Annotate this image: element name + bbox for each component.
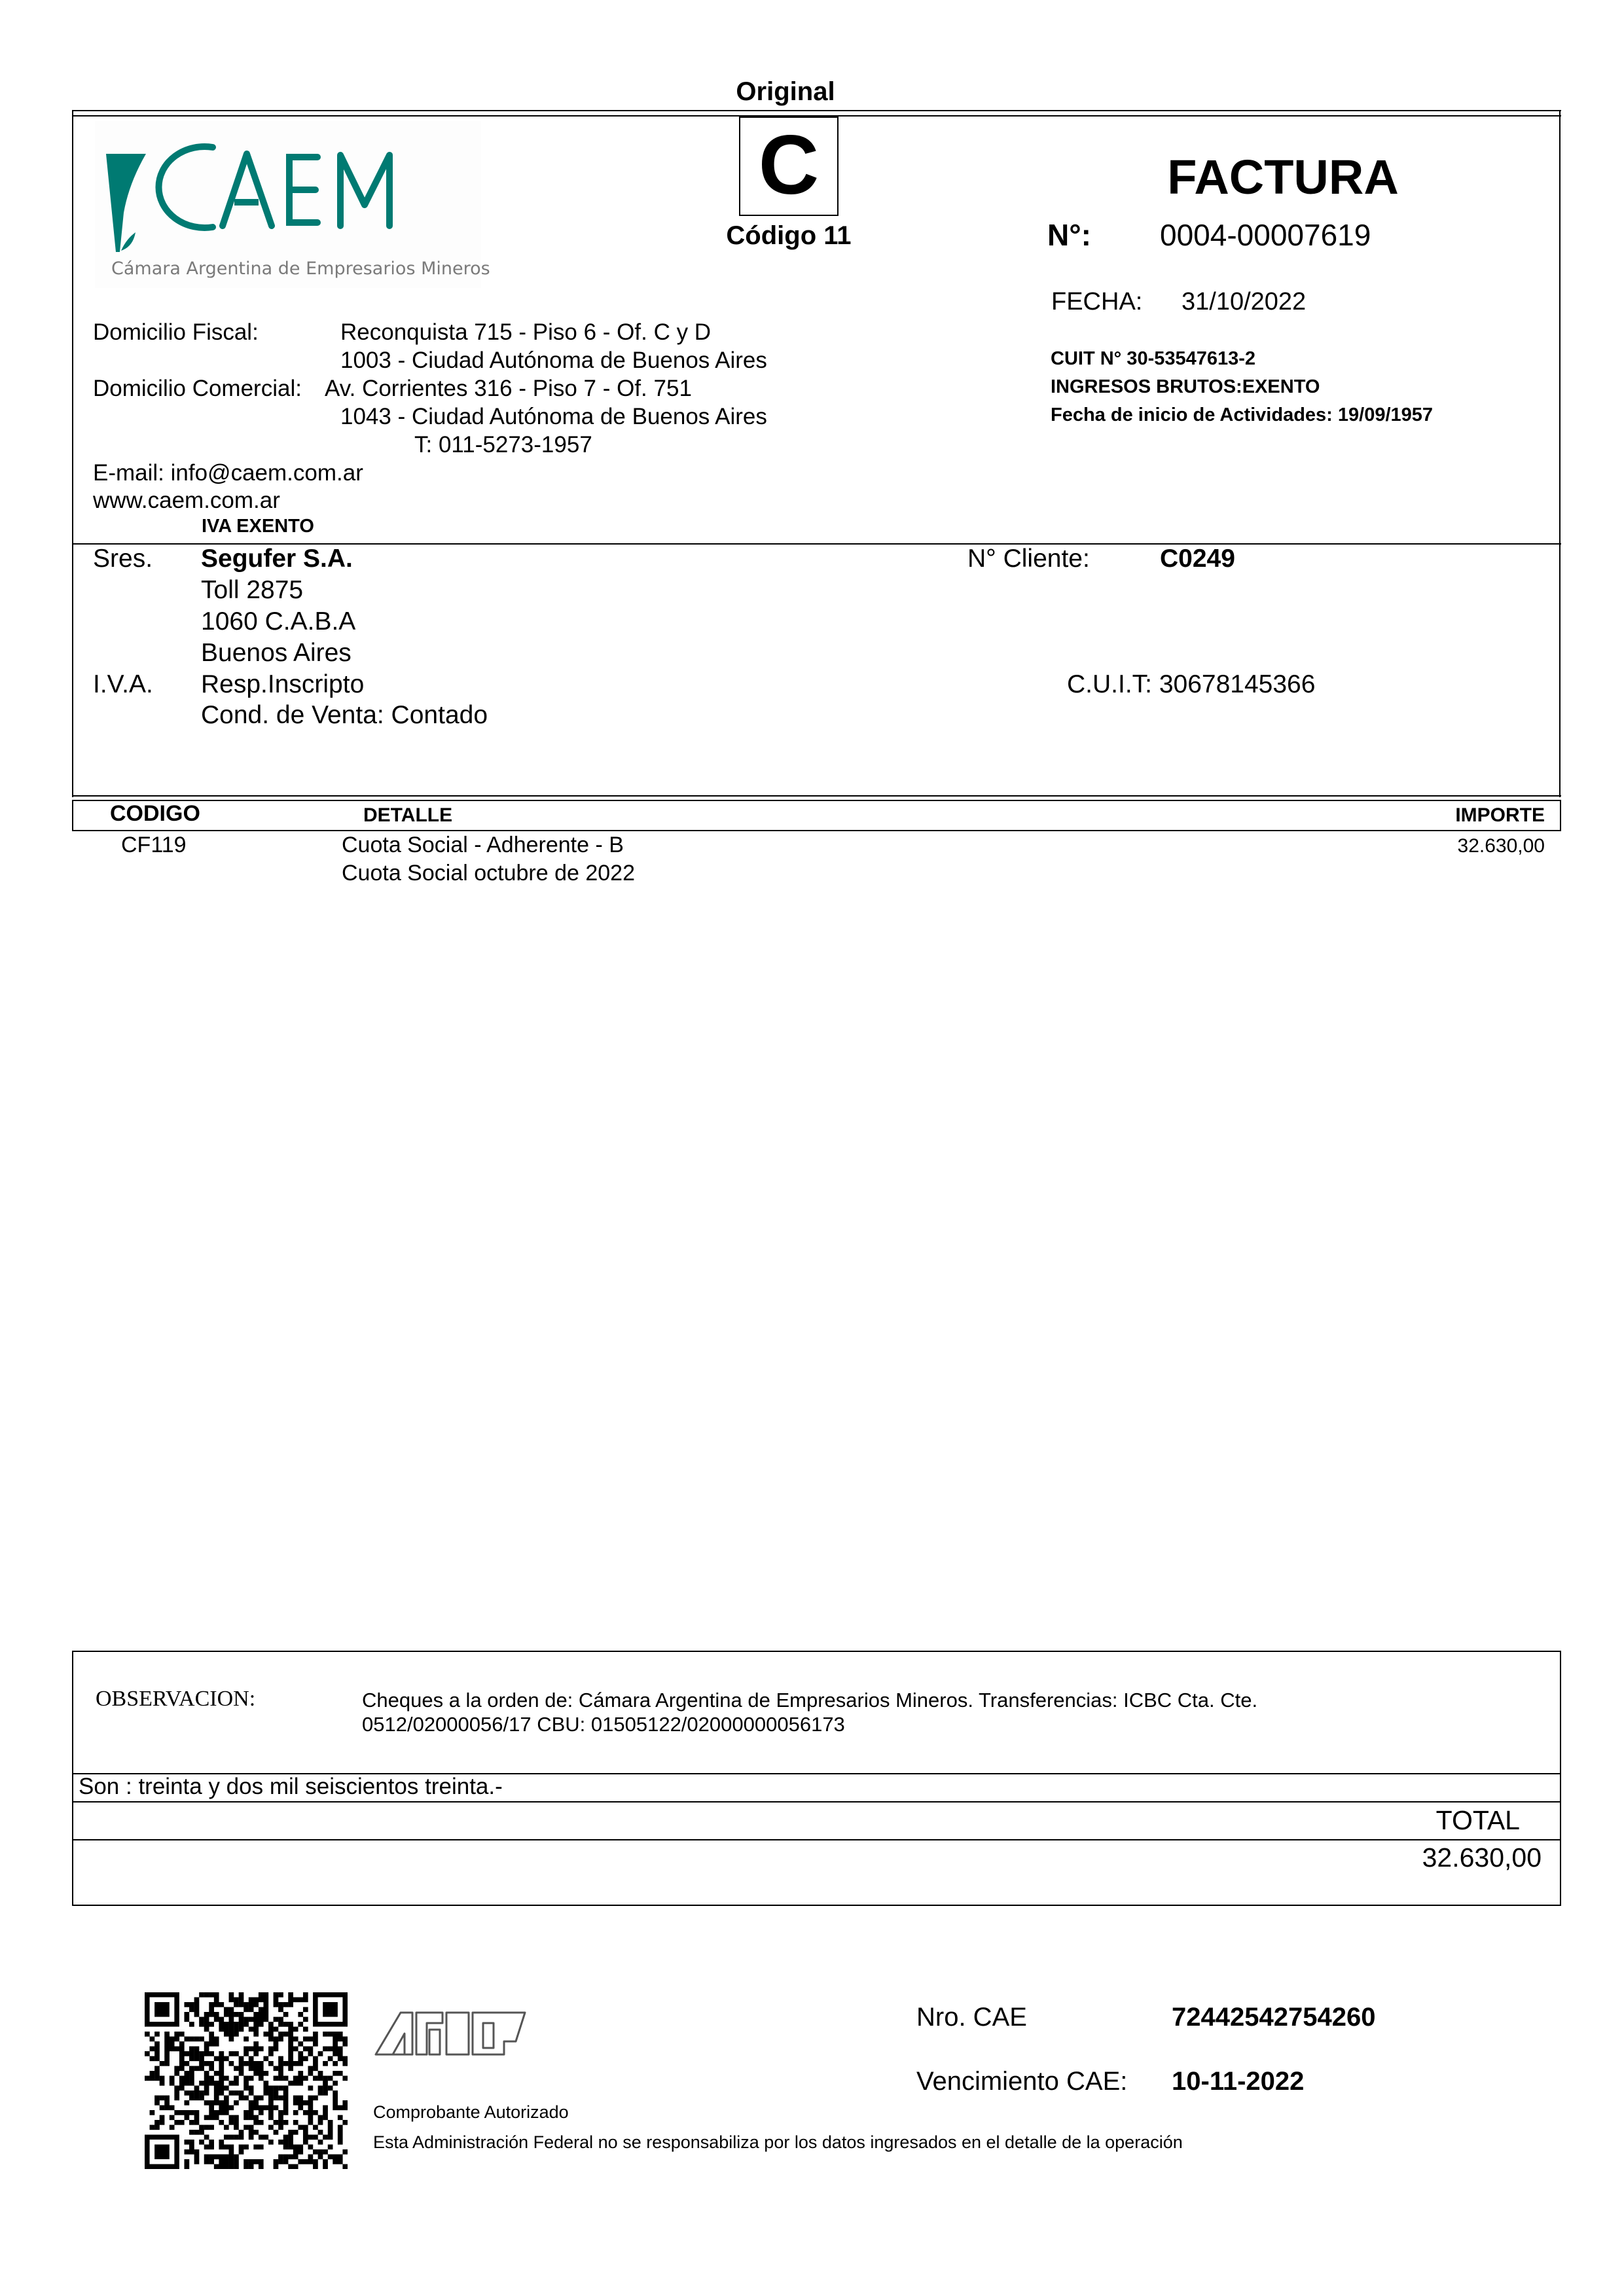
- invoice-date-label: FECHA:: [1051, 288, 1142, 316]
- cae-expiry-label: Vencimiento CAE:: [916, 2067, 1127, 2096]
- caem-logo-icon: [95, 121, 481, 252]
- commercial-address-line1: Av. Corrientes 316 - Piso 7 - Of. 751: [325, 376, 692, 402]
- commercial-address-line2: 1043 - Ciudad Autónoma de Buenos Aires: [340, 404, 767, 430]
- afip-disclaimer: Esta Administración Federal no se respon…: [373, 2132, 1183, 2153]
- total-label: TOTAL: [1375, 1805, 1520, 1836]
- issuer-iva-condition: IVA EXENTO: [202, 516, 314, 537]
- cae-label: Nro. CAE: [916, 2003, 1027, 2032]
- item-code: CF119: [121, 833, 187, 858]
- invoice-number: 0004-00007619: [1160, 217, 1371, 253]
- invoice-code: Código 11: [694, 221, 884, 251]
- cae-expiry-date: 10-11-2022: [1172, 2067, 1304, 2096]
- afip-logo-icon: [373, 2007, 530, 2060]
- issuer-email: E-mail: info@caem.com.ar: [93, 460, 363, 486]
- issuer-start-date: Fecha de inicio de Actividades: 19/09/19…: [1051, 404, 1433, 426]
- total-label-box: [72, 1801, 1561, 1840]
- items-table-header: [72, 800, 1561, 831]
- client-address-line2: 1060 C.A.B.A: [201, 607, 355, 636]
- client-name: Segufer S.A.: [201, 545, 353, 573]
- observation-text-line1: Cheques a la orden de: Cámara Argentina …: [362, 1689, 1257, 1712]
- qr-code-icon: [145, 1992, 348, 2169]
- client-iva-value: Resp.Inscripto: [201, 670, 364, 699]
- column-header-importe: IMPORTE: [1368, 804, 1545, 827]
- fiscal-address-label: Domicilio Fiscal:: [93, 319, 259, 346]
- invoice-date: 31/10/2022: [1182, 288, 1306, 316]
- client-number-label: N° Cliente:: [967, 545, 1090, 573]
- amount-in-words: Son : treinta y dos mil seiscientos trei…: [79, 1774, 503, 1800]
- document-type-title: FACTURA: [1106, 149, 1460, 205]
- column-header-codigo: CODIGO: [110, 801, 200, 827]
- frame-top-line: [72, 110, 1561, 111]
- client-salutation: Sres.: [93, 545, 153, 573]
- observation-label: OBSERVACION:: [96, 1687, 255, 1712]
- item-description-line2: Cuota Social octubre de 2022: [342, 861, 635, 886]
- invoice-letter-box: C: [739, 117, 839, 216]
- fiscal-address-line2: 1003 - Ciudad Autónoma de Buenos Aires: [340, 348, 767, 374]
- issuer-phone: T: 011-5273-1957: [414, 432, 592, 458]
- client-address-line3: Buenos Aires: [201, 639, 352, 668]
- frame-left-border: [72, 110, 73, 797]
- sale-condition: Cond. de Venta: Contado: [201, 701, 488, 730]
- commercial-address-label: Domicilio Comercial:: [93, 376, 302, 402]
- cae-number: 72442542754260: [1172, 2003, 1375, 2032]
- invoice-number-label: N°:: [1047, 217, 1091, 253]
- authorized-voucher-text: Comprobante Autorizado: [373, 2102, 569, 2123]
- client-cuit: C.U.I.T: 30678145366: [1067, 670, 1315, 699]
- observation-text-line2: 0512/02000056/17 CBU: 01505122/020000000…: [362, 1713, 845, 1736]
- issuer-cuit: CUIT N° 30-53547613-2: [1051, 348, 1255, 370]
- copy-label: Original: [655, 77, 916, 107]
- client-iva-label: I.V.A.: [93, 670, 153, 699]
- issuer-website: www.caem.com.ar: [93, 488, 280, 514]
- logo-caption: Cámara Argentina de Empresarios Mineros: [111, 259, 490, 279]
- issuer-ingresos-brutos: INGRESOS BRUTOS:EXENTO: [1051, 376, 1320, 398]
- client-address-line1: Toll 2875: [201, 576, 303, 605]
- item-amount: 32.630,00: [1368, 835, 1545, 857]
- total-amount-box: [72, 1839, 1561, 1906]
- column-header-detalle: DETALLE: [363, 804, 452, 827]
- client-block-bottom: [72, 795, 1561, 797]
- total-amount: 32.630,00: [1342, 1842, 1542, 1873]
- frame-right-border: [1559, 110, 1561, 797]
- item-description-line1: Cuota Social - Adherente - B: [342, 833, 624, 858]
- client-number: C0249: [1160, 545, 1235, 573]
- fiscal-address-line1: Reconquista 715 - Piso 6 - Of. C y D: [340, 319, 711, 346]
